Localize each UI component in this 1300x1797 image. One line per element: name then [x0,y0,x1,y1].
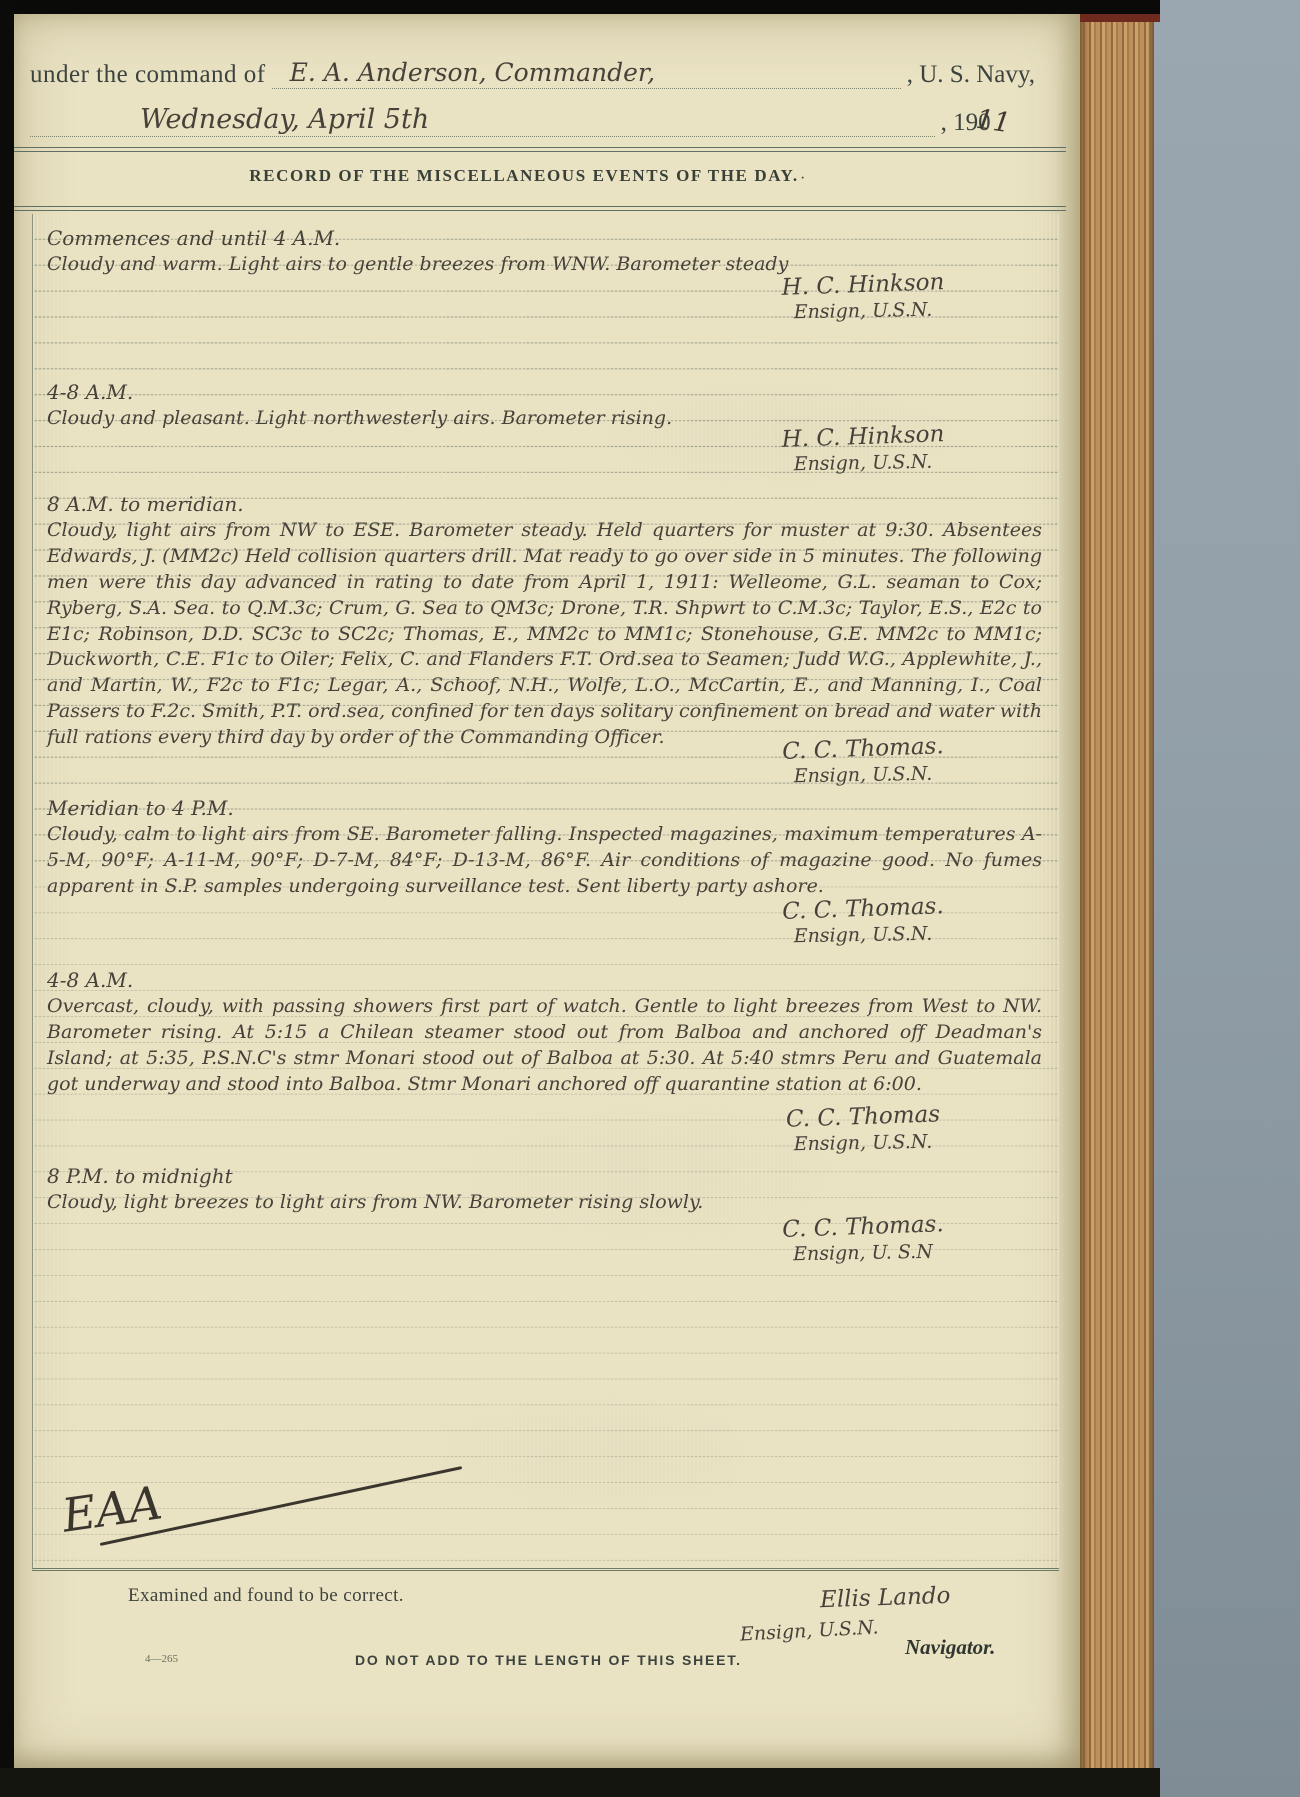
signature-rank: Ensign, U. S.N [693,1237,1033,1269]
signature-block: C. C. Thomas. Ensign, U.S.N. [693,896,1033,948]
signature-rank: Ensign, U.S.N. [693,295,1033,327]
entry-heading: Commences and until 4 A.M. [47,226,1042,252]
binding-shadow-left [0,0,14,1797]
divider-rule [14,206,1066,211]
date-handwritten: Wednesday, April 5th [30,104,935,137]
entry-heading: 8 P.M. to midnight [47,1164,1042,1190]
page-title: RECORD OF THE MISCELLANEOUS EVENTS OF TH… [14,166,1034,186]
entry-heading: 8 A.M. to meridian. [47,492,1042,518]
stray-ink-dot: · [800,170,805,188]
navigator-signature: Ellis Lando [820,1583,951,1614]
year-printed: , 19011 [941,106,1010,137]
binding-shadow-bottom [0,1768,1160,1797]
signature-block: C. C. Thomas. Ensign, U. S.N [693,1214,1033,1266]
desk-background [1152,0,1300,1797]
entry-body: Overcast, cloudy, with passing showers f… [47,994,1042,1098]
entry-heading: Meridian to 4 P.M. [47,796,1042,822]
book-page-edges [1080,10,1154,1797]
log-entry: 8 A.M. to meridian. Cloudy, light airs f… [47,492,1042,751]
signature-block: C. C. Thomas Ensign, U.S.N. [693,1104,1033,1156]
signature-block: C. C. Thomas. Ensign, U.S.N. [693,736,1033,788]
signature-rank: Ensign, U.S.N. [693,1127,1033,1159]
command-label: under the command of [30,61,266,89]
commander-name-handwritten: E. A. Anderson, Commander, [272,58,901,89]
entry-body: Cloudy, light airs from NW to ESE. Barom… [47,518,1042,751]
divider-rule [14,147,1066,152]
signature-rank: Ensign, U.S.N. [693,919,1033,951]
log-entry: Meridian to 4 P.M. Cloudy, calm to light… [47,796,1042,900]
date-line: Wednesday, April 5th , 19011 [30,104,1010,137]
entry-heading: 4-8 A.M. [47,380,1042,406]
examined-statement: Examined and found to be correct. [128,1585,404,1607]
do-not-add-notice: DO NOT ADD TO THE LENGTH OF THIS SHEET. [355,1652,742,1668]
log-entry: 4-8 A.M. Overcast, cloudy, with passing … [47,968,1042,1098]
signature-block: H. C. Hinkson Ensign, U.S.N. [693,424,1033,476]
log-entry: 8 P.M. to midnight Cloudy, light breezes… [47,1164,1042,1216]
signature-block: H. C. Hinkson Ensign, U.S.N. [693,272,1033,324]
command-line: under the command of E. A. Anderson, Com… [30,58,1035,89]
signature-rank: Ensign, U.S.N. [693,447,1033,479]
binding-shadow-top [0,0,1160,14]
signature-rank: Ensign, U.S.N. [693,759,1033,791]
log-ruled-area: Commences and until 4 A.M. Cloudy and wa… [32,214,1059,1571]
navigator-title: Navigator. [905,1635,995,1660]
year-overwrite-handwritten: 11 [974,104,1012,139]
logbook-scan: under the command of E. A. Anderson, Com… [0,0,1300,1797]
form-number: 4—265 [145,1653,178,1665]
navy-label: , U. S. Navy, [907,61,1035,89]
entry-body: Cloudy, calm to light airs from SE. Baro… [47,822,1042,900]
entry-heading: 4-8 A.M. [47,968,1042,994]
